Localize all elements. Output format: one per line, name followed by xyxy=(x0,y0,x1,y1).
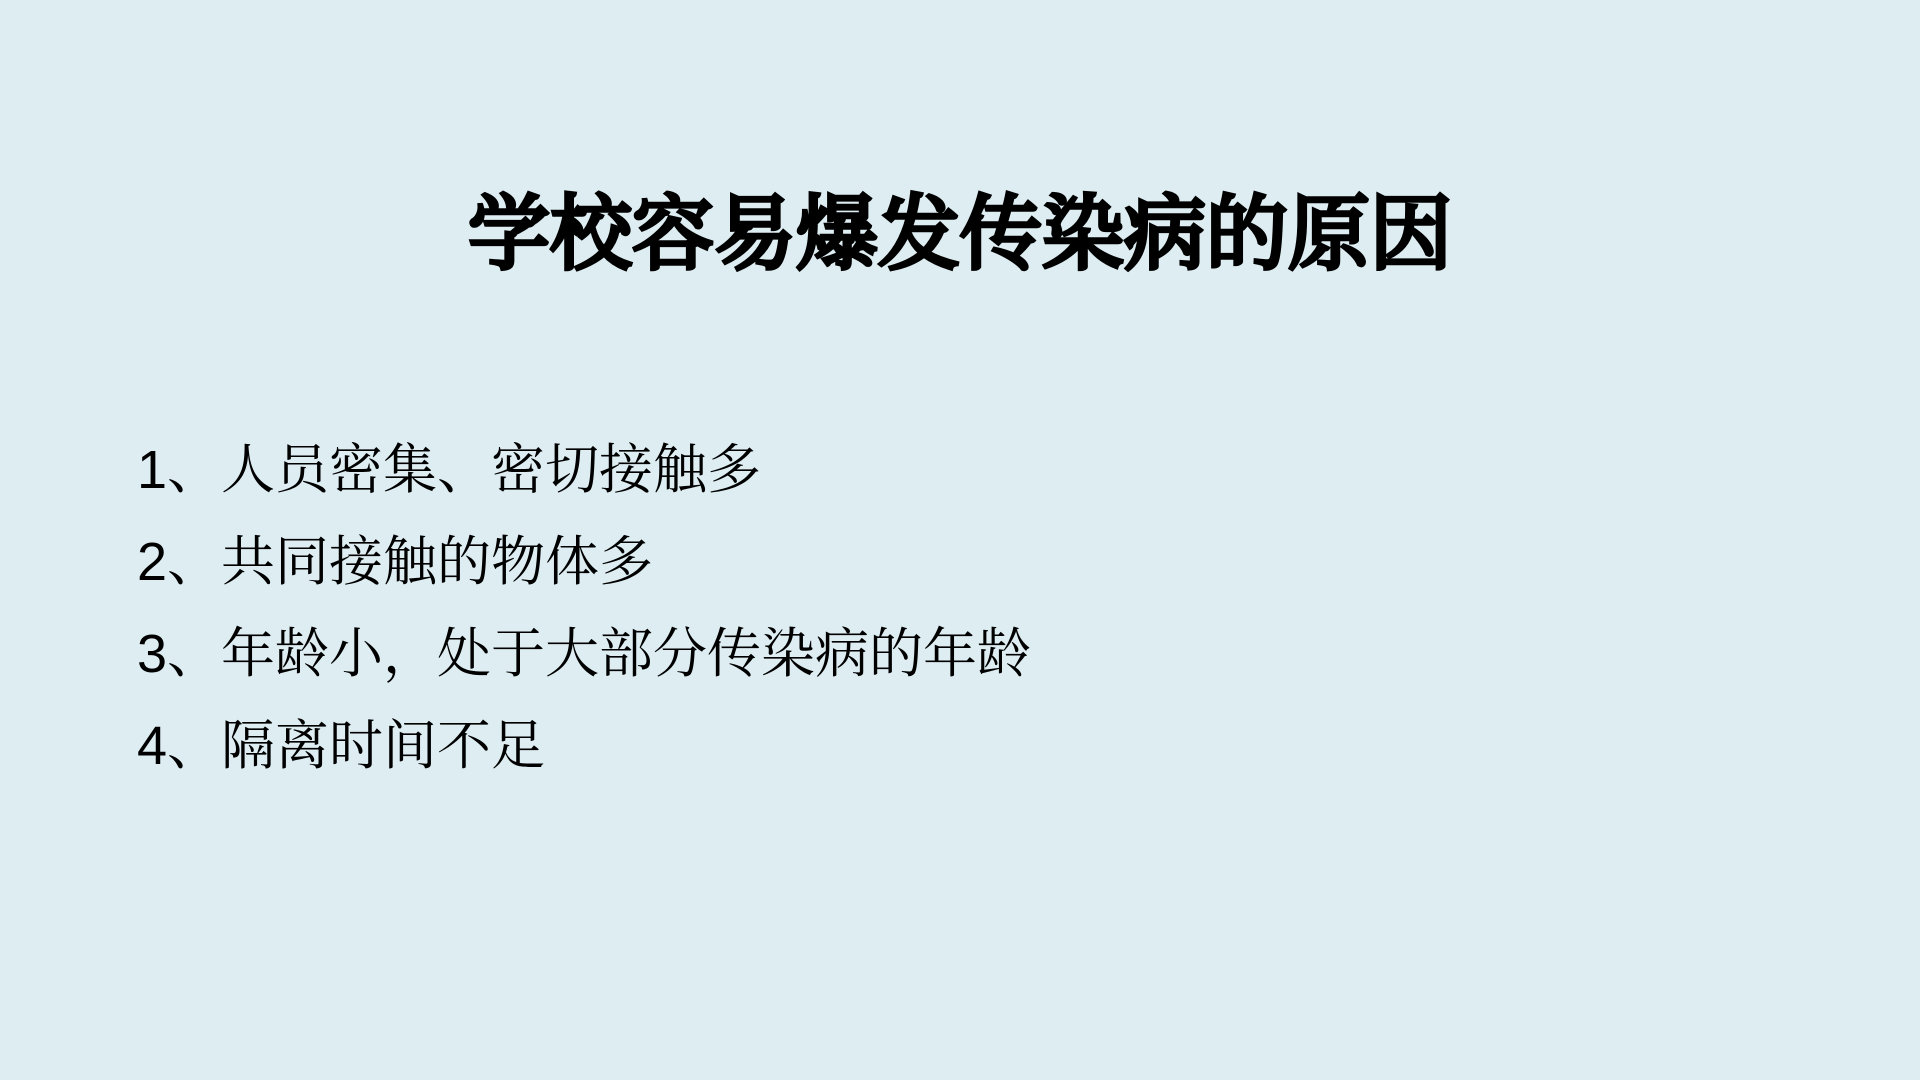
list-item-1: 1、人员密集、密切接触多 xyxy=(137,424,1820,516)
list-item-2: 2、共同接触的物体多 xyxy=(137,516,1820,608)
list-item-3: 3、年龄小，处于大部分传染病的年龄 xyxy=(137,608,1820,700)
list-item-4: 4、隔离时间不足 xyxy=(137,700,1820,792)
presentation-slide: 学校容易爆发传染病的原因 1、人员密集、密切接触多 2、共同接触的物体多 3、年… xyxy=(0,0,1920,1080)
reasons-list: 1、人员密集、密切接触多 2、共同接触的物体多 3、年龄小，处于大部分传染病的年… xyxy=(137,424,1820,792)
slide-title: 学校容易爆发传染病的原因 xyxy=(0,188,1920,282)
